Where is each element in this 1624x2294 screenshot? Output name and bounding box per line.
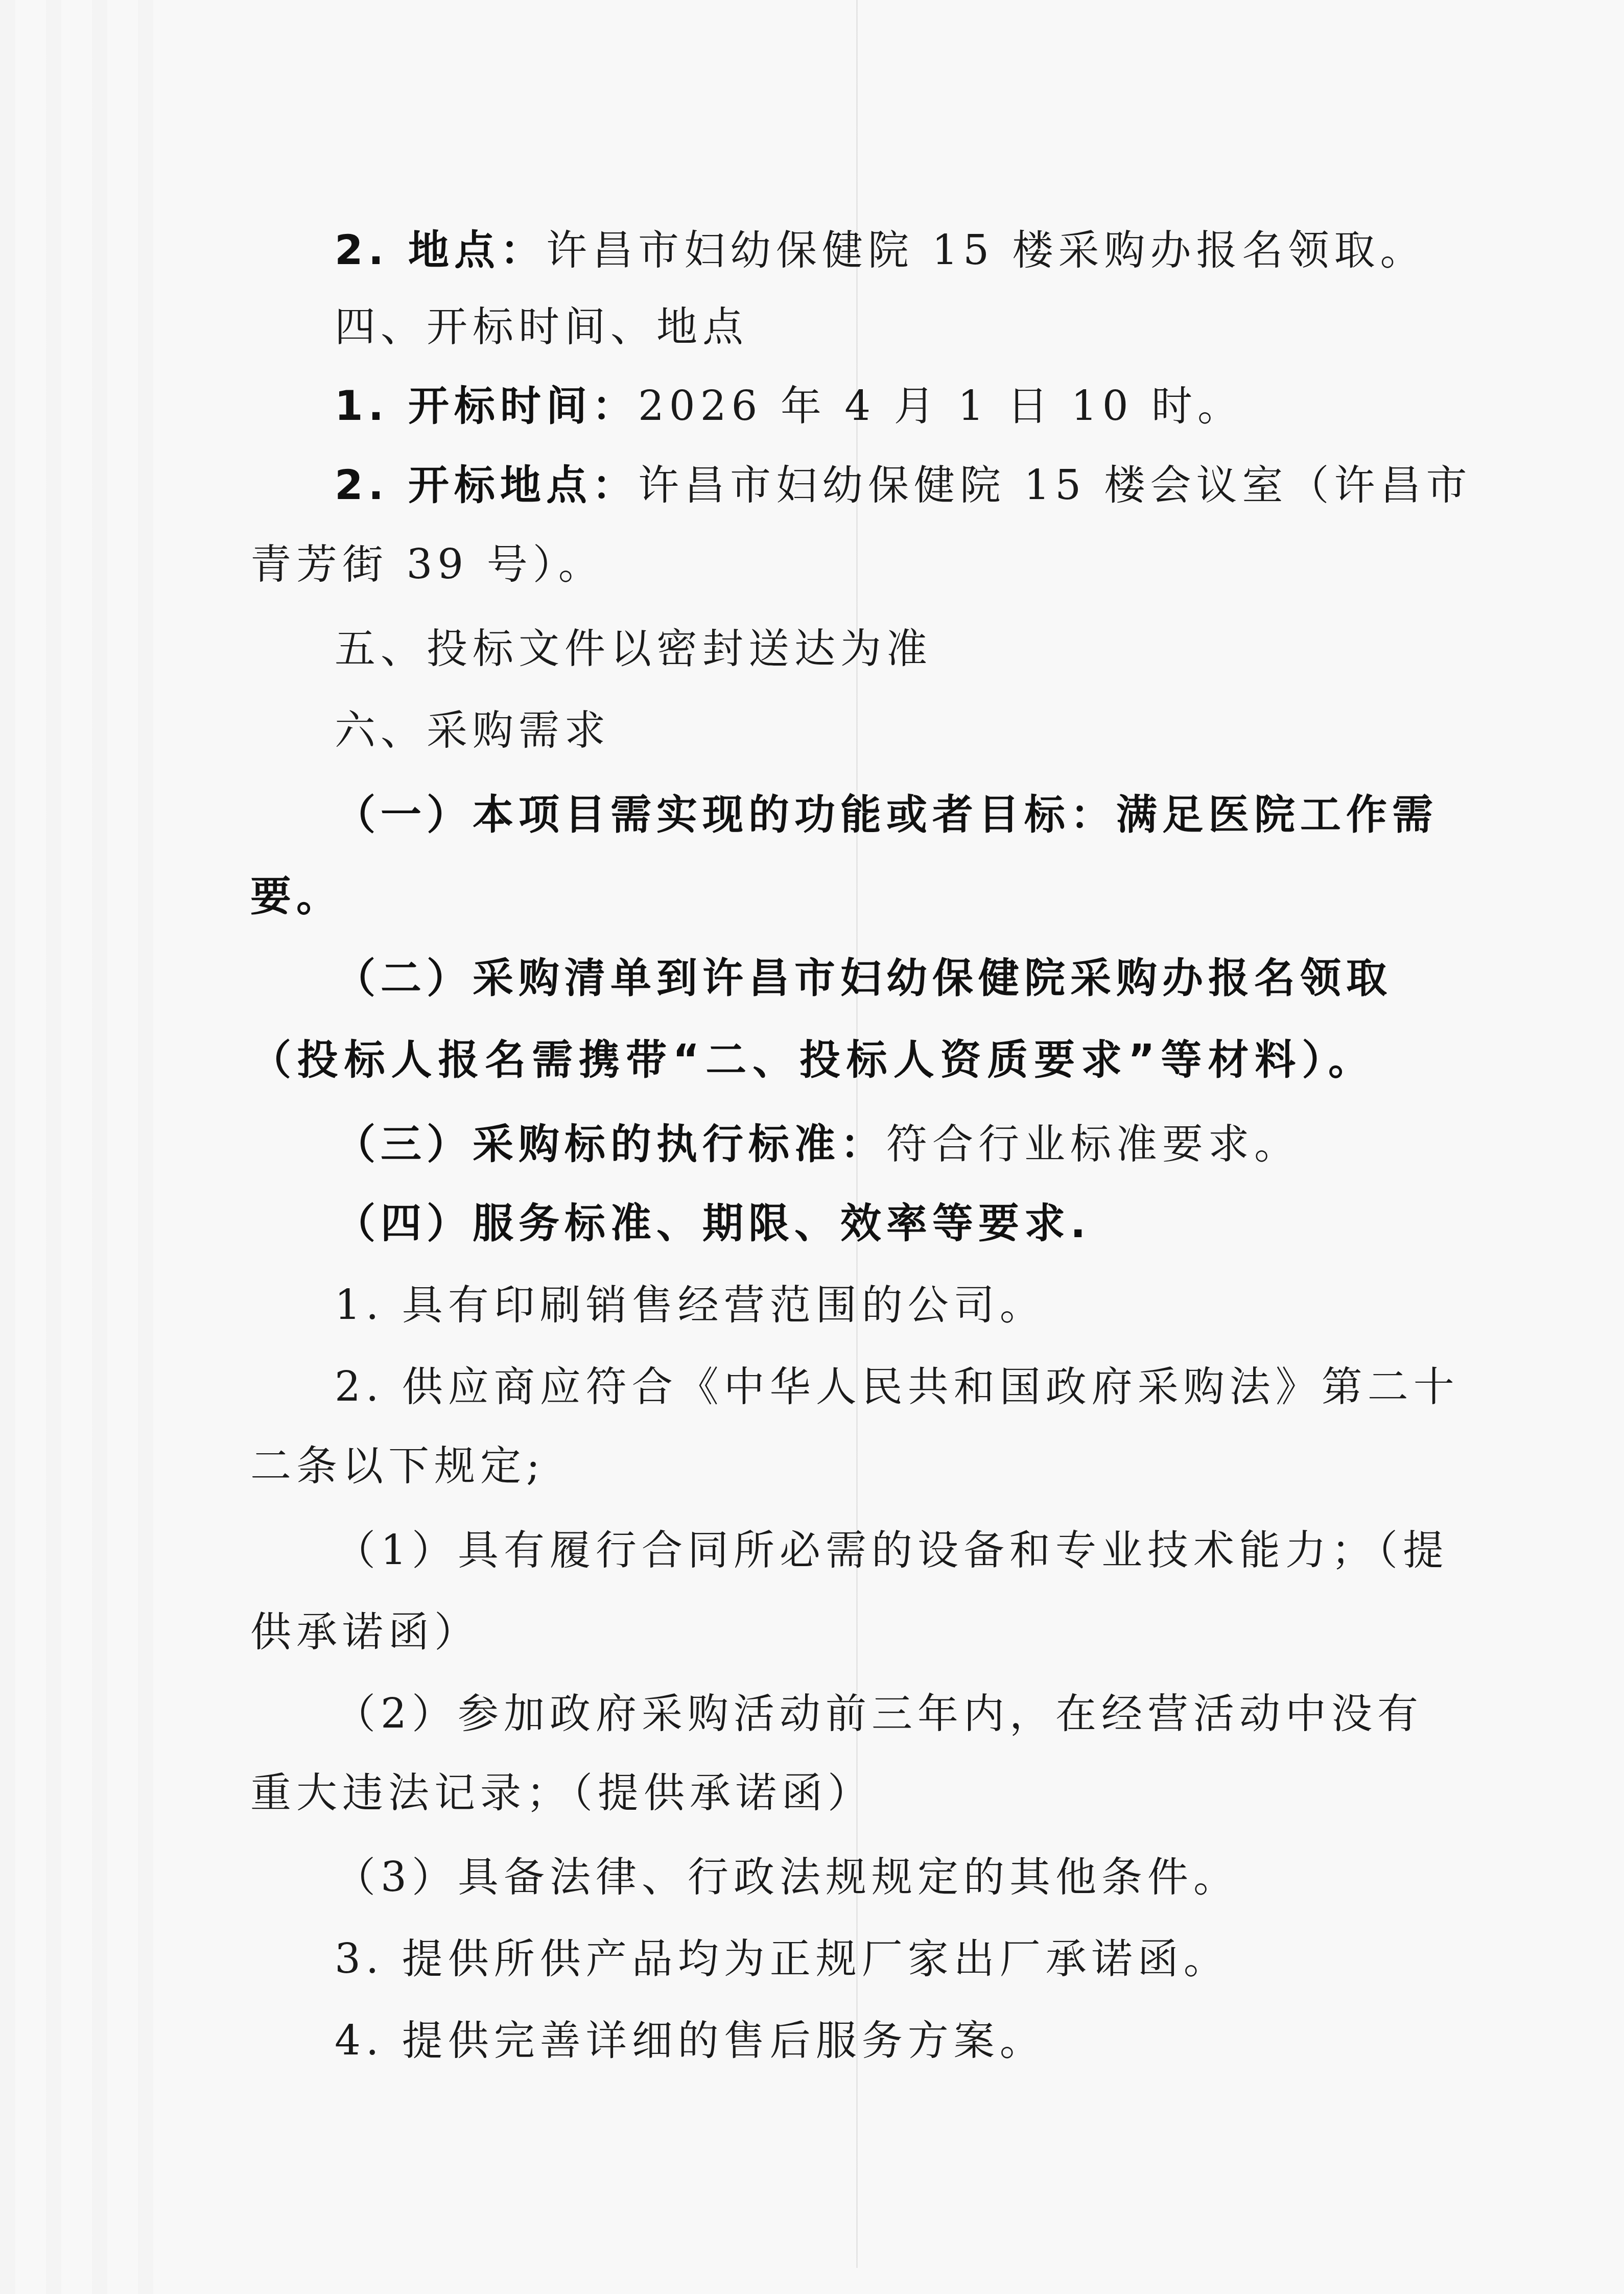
- requirement-3-label: （三）采购标的执行标准：: [335, 1120, 886, 1168]
- service-item-2-sub-2: （2）参加政府采购活动前三年内，在经营活动中没有: [335, 1688, 1374, 1739]
- service-item-2: 2. 供应商应符合《中华人民共和国政府采购法》第二十: [335, 1361, 1374, 1412]
- location-label: 2. 地点：: [335, 226, 546, 274]
- service-item-2-sub-2-cont: 重大违法记录；（提供承诺函）: [250, 1767, 874, 1818]
- requirement-1-line: （一）本项目需实现的功能或者目标：满足医院工作需: [335, 789, 1374, 840]
- requirement-4-heading: （四）服务标准、期限、效率等要求.: [335, 1198, 1091, 1249]
- section-5-heading: 五、投标文件以密封送达为准: [335, 623, 932, 674]
- bid-opening-location-cont: 青芳街 39 号）。: [250, 539, 604, 590]
- service-item-2-sub-3: （3）具备法律、行政法规规定的其他条件。: [335, 1852, 1239, 1903]
- location-text: 许昌市妇幼保健院 15 楼采购办报名领取。: [546, 226, 1426, 274]
- service-item-4: 4. 提供完善详细的售后服务方案。: [335, 2015, 1046, 2066]
- service-item-2-cont: 二条以下规定;: [250, 1440, 545, 1492]
- bid-opening-time-label: 1. 开标时间：: [335, 382, 638, 430]
- requirement-3-text: 符合行业标准要求。: [886, 1120, 1300, 1168]
- bid-opening-time-line: 1. 开标时间：2026 年 4 月 1 日 10 时。: [335, 381, 1243, 432]
- service-item-3: 3. 提供所供产品均为正规厂家出厂承诺函。: [335, 1933, 1230, 1984]
- section-6-heading: 六、采购需求: [335, 705, 610, 756]
- service-item-2-sub-1: （1）具有履行合同所必需的设备和专业技术能力；（提: [335, 1525, 1374, 1576]
- scan-texture: [0, 0, 174, 2294]
- bid-opening-location-text: 许昌市妇幼保健院 15 楼会议室（许昌市: [638, 461, 1472, 509]
- requirement-2-line: （二）采购清单到许昌市妇幼保健院采购办报名领取: [335, 953, 1374, 1004]
- service-item-2-sub-1-cont: 供承诺函）: [250, 1606, 480, 1658]
- requirement-3-line: （三）采购标的执行标准：符合行业标准要求。: [335, 1119, 1300, 1170]
- location-line: 2. 地点：许昌市妇幼保健院 15 楼采购办报名领取。: [335, 225, 1426, 276]
- service-item-1: 1. 具有印刷销售经营范围的公司。: [335, 1280, 1046, 1331]
- requirement-2-cont: （投标人报名需携带“二、投标人资质要求”等材料）。: [250, 1034, 1374, 1085]
- bid-opening-location-line: 2. 开标地点：许昌市妇幼保健院 15 楼会议室（许昌市: [335, 460, 1374, 511]
- bid-opening-location-label: 2. 开标地点：: [335, 461, 638, 509]
- bid-opening-time-value: 2026 年 4 月 1 日 10 时。: [638, 382, 1243, 430]
- section-4-heading: 四、开标时间、地点: [335, 301, 748, 352]
- requirement-1-cont: 要。: [250, 871, 342, 922]
- scanned-page: 2. 地点：许昌市妇幼保健院 15 楼采购办报名领取。 四、开标时间、地点 1.…: [0, 0, 1624, 2294]
